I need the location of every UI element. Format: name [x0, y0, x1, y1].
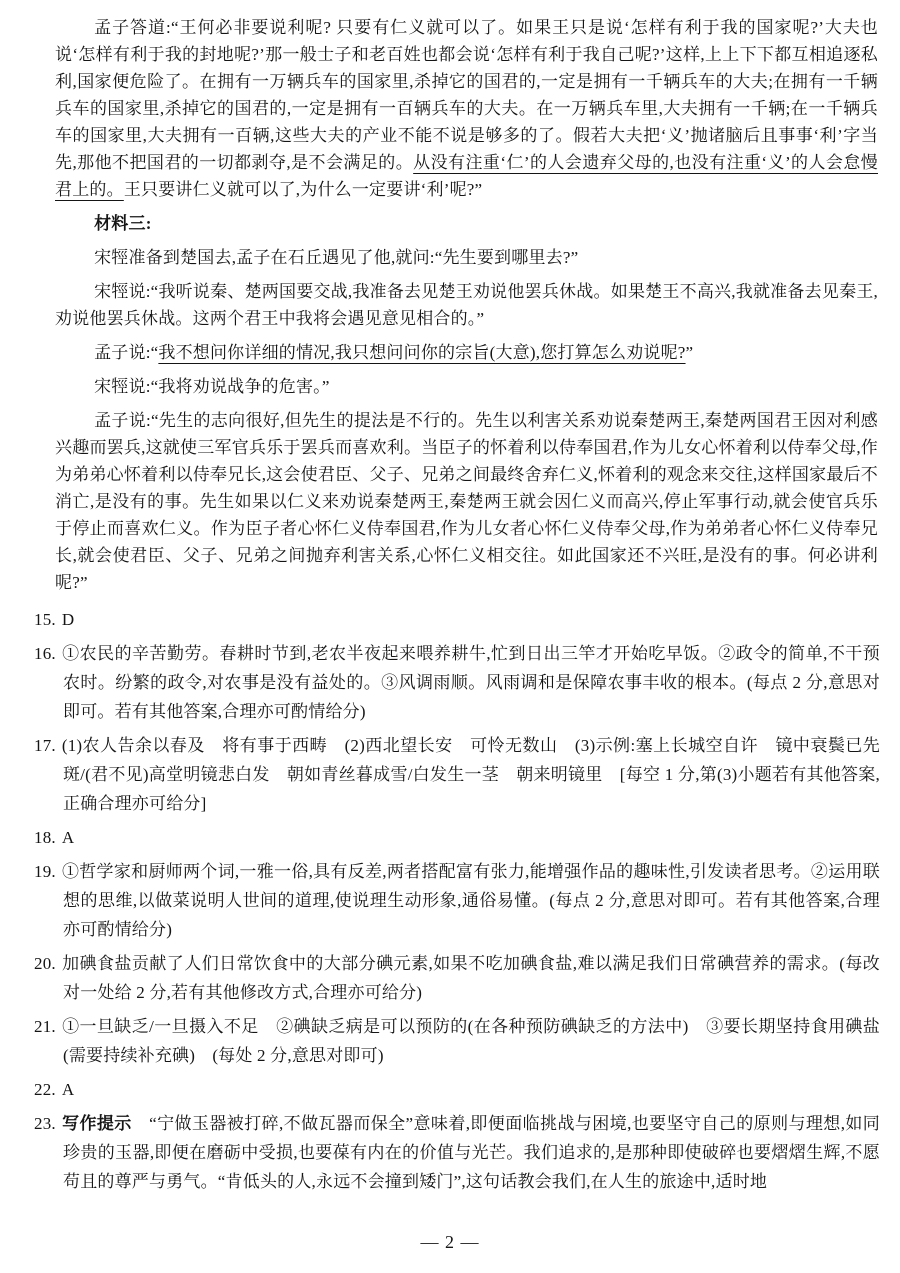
- answer-item-21: 21.①一旦缺乏/一旦摄入不足 ②碘缺乏病是可以预防的(在各种预防碘缺乏的方法中…: [34, 1012, 880, 1070]
- answer-number: 17.: [34, 736, 56, 755]
- answers-section: 15.D 16.①农民的辛苦勤劳。春耕时节到,老农半夜起来喂养耕牛,忙到日出三竿…: [34, 605, 880, 1196]
- answer-text: (1)农人告余以春及 将有事于西畴 (2)西北望长安 可怜无数山 (3)示例:塞…: [62, 736, 880, 813]
- passage-paragraph-songkeng-speech: 宋牼说:“我听说秦、楚两国要交战,我准备去见楚王劝说他罢兵休战。如果楚王不高兴,…: [55, 278, 878, 332]
- answer-number: 16.: [34, 644, 56, 663]
- answer-item-20: 20.加碘食盐贡献了人们日常饮食中的大部分碘元素,如果不吃加碘食盐,难以满足我们…: [34, 949, 880, 1007]
- answer-number: 20.: [34, 954, 56, 973]
- answer-number: 22.: [34, 1080, 56, 1099]
- material-three-heading: 材料三:: [55, 210, 878, 237]
- answer-item-23: 23.写作提示 “宁做玉器被打碎,不做瓦器而保全”意味着,即便面临挑战与困境,也…: [34, 1109, 880, 1196]
- paragraph-text: 孟子答道:“王何必非要说利呢? 只要有仁义就可以了。如果王只是说‘怎样有利于我的…: [55, 18, 878, 172]
- underlined-text: 我不想问你详细的情况,我只想问问你的宗旨(大意),您打算怎么劝说呢?: [158, 343, 685, 362]
- answer-text: D: [62, 610, 74, 629]
- answer-text: ①哲学家和厨师两个词,一雅一俗,具有反差,两者搭配富有张力,能增强作品的趣味性,…: [62, 862, 880, 939]
- paragraph-text: 王只要讲仁义就可以了,为什么一定要讲‘利’呢?”: [124, 180, 482, 199]
- passage-paragraph-mengzi-reply: 孟子答道:“王何必非要说利呢? 只要有仁义就可以了。如果王只是说‘怎样有利于我的…: [55, 14, 878, 203]
- answer-item-19: 19.①哲学家和厨师两个词,一雅一俗,具有反差,两者搭配富有张力,能增强作品的趣…: [34, 857, 880, 944]
- answer-number: 21.: [34, 1017, 56, 1036]
- answer-text: ①一旦缺乏/一旦摄入不足 ②碘缺乏病是可以预防的(在各种预防碘缺乏的方法中) ③…: [62, 1017, 880, 1065]
- answer-text: A: [62, 1080, 74, 1099]
- page-number-footer: — 2 —: [0, 1232, 900, 1253]
- answer-number: 18.: [34, 828, 56, 847]
- passage-paragraph-mengzi-argument: 孟子说:“先生的志向很好,但先生的提法是不行的。先生以利害关系劝说秦楚两王,秦楚…: [55, 407, 878, 596]
- answer-text: ①农民的辛苦勤劳。春耕时节到,老农半夜起来喂养耕牛,忙到日出三竿才开始吃早饭。②…: [62, 644, 880, 721]
- answer-number: 19.: [34, 862, 56, 881]
- answer-item-22: 22.A: [34, 1075, 880, 1104]
- answer-item-15: 15.D: [34, 605, 880, 634]
- page-number: — 2 —: [421, 1232, 480, 1252]
- passage-paragraph-mengzi-question: 孟子说:“我不想问你详细的情况,我只想问问你的宗旨(大意),您打算怎么劝说呢?”: [55, 339, 878, 366]
- heading-text: 材料三:: [94, 214, 151, 233]
- paragraph-text: ”: [686, 343, 694, 362]
- answer-text: 加碘食盐贡献了人们日常饮食中的大部分碘元素,如果不吃加碘食盐,难以满足我们日常碘…: [62, 954, 880, 1002]
- answer-text: “宁做玉器被打碎,不做瓦器而保全”意味着,即便面临挑战与困境,也要坚守自己的原则…: [63, 1114, 880, 1191]
- passage-paragraph-songkeng-intro: 宋牼准备到楚国去,孟子在石丘遇见了他,就问:“先生要到哪里去?”: [55, 244, 878, 271]
- answer-item-17: 17.(1)农人告余以春及 将有事于西畴 (2)西北望长安 可怜无数山 (3)示…: [34, 731, 880, 818]
- answer-number: 15.: [34, 610, 56, 629]
- paragraph-text: 孟子说:“: [94, 343, 158, 362]
- answer-number: 23.: [34, 1114, 56, 1133]
- passage-section: 孟子答道:“王何必非要说利呢? 只要有仁义就可以了。如果王只是说‘怎样有利于我的…: [55, 14, 878, 596]
- passage-paragraph-songkeng-answer: 宋牼说:“我将劝说战争的危害。”: [55, 373, 878, 400]
- answer-item-16: 16.①农民的辛苦勤劳。春耕时节到,老农半夜起来喂养耕牛,忙到日出三竿才开始吃早…: [34, 639, 880, 726]
- answer-key-page: 孟子答道:“王何必非要说利呢? 只要有仁义就可以了。如果王只是说‘怎样有利于我的…: [0, 0, 900, 1273]
- answer-text: A: [62, 828, 74, 847]
- writing-tip-label: 写作提示: [62, 1114, 132, 1133]
- answer-item-18: 18.A: [34, 823, 880, 852]
